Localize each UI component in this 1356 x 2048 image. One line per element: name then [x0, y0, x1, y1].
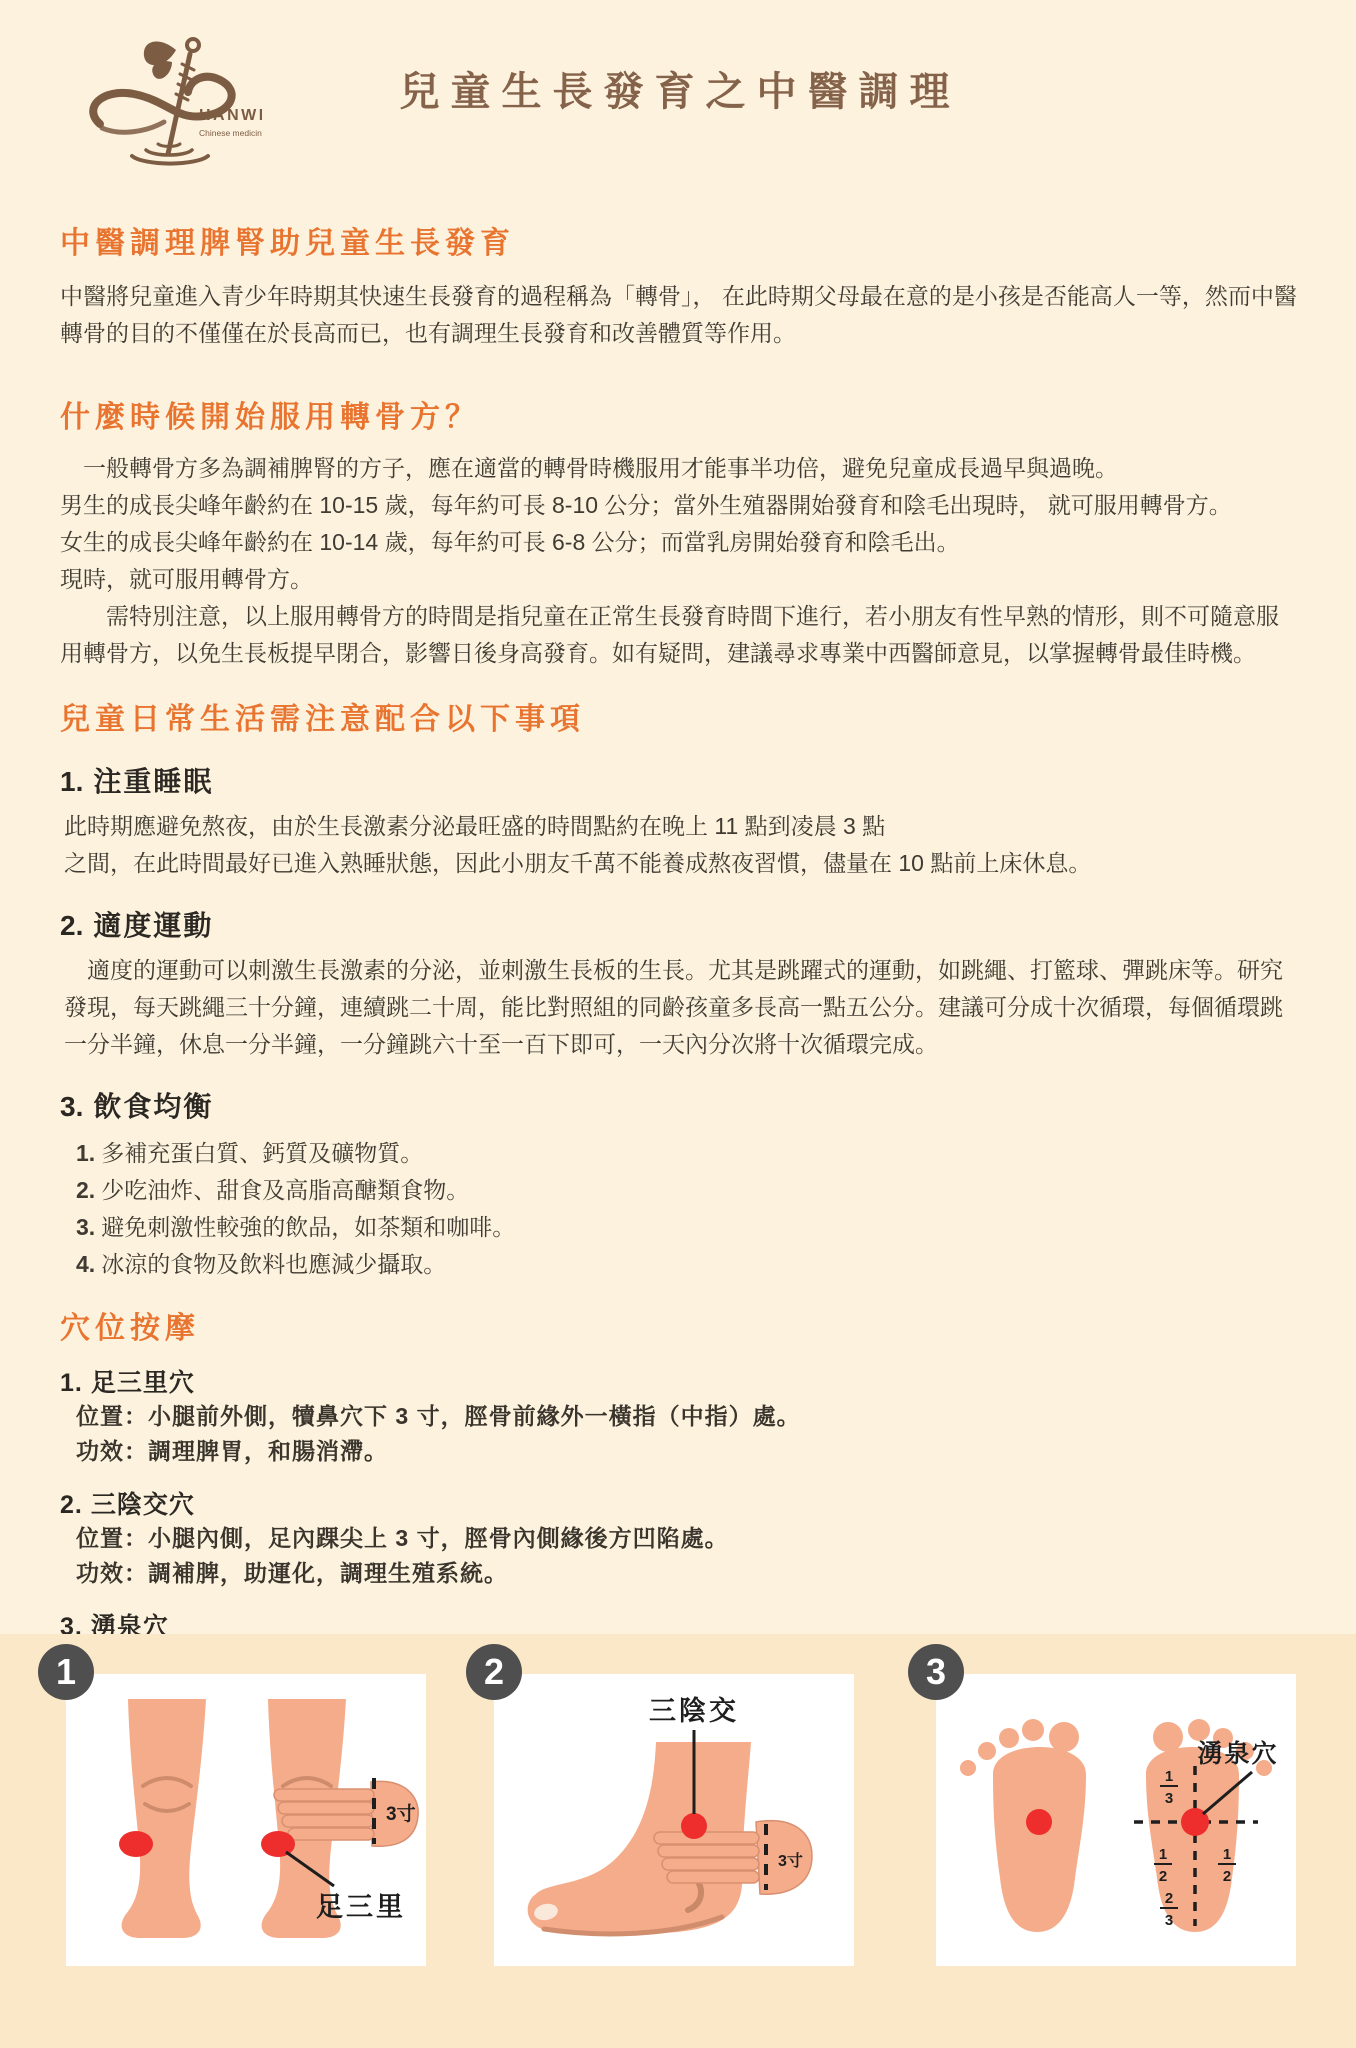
zusanli-point-marker-left: [119, 1831, 153, 1857]
acupoint-sanyinjiao-effect: 功效：調補脾，助運化，調理生殖系統。: [60, 1556, 1300, 1591]
illustration-band: 1: [0, 1634, 1356, 2048]
page-title: 兒童生長發育之中醫調理: [60, 60, 1300, 117]
daily-item-exercise-body: 適度的運動可以刺激生長激素的分泌，並刺激生長板的生長。尤其是跳躍式的運動，如跳繩…: [60, 952, 1300, 1063]
measuring-hand-icon: 3寸: [654, 1821, 812, 1895]
section-when-to-take: 什麼時候開始服用轉骨方？ 一般轉骨方多為調補脾腎的方子，應在適當的轉骨時機服用才…: [60, 392, 1300, 672]
acupoint-sanyinjiao-name-line: 2.三陰交穴: [60, 1485, 1300, 1521]
diet-item-text: 冰涼的食物及飲料也應減少攝取。: [101, 1251, 446, 1277]
acupoint-name: 足三里穴: [91, 1369, 195, 1397]
poster-page: HANWELL Chinese medicine clinic 兒童生長發育之中…: [0, 0, 1356, 2048]
daily-item-sleep: 1.注重睡眠 此時期應避免熬夜，由於生長激素分泌最旺盛的時間點約在晚上 11 點…: [60, 760, 1300, 882]
daily-item-exercise-number: 2.: [60, 910, 83, 941]
measure-label: 3寸: [778, 1852, 803, 1870]
acupoint-number: 2.: [60, 1491, 83, 1519]
zusanli-point-label: 足三里: [316, 1892, 406, 1922]
acupoint-item-zusanli: 1.足三里穴 位置：小腿前外側，犢鼻穴下 3 寸，脛骨前緣外一橫指（中指）處。 …: [60, 1363, 1300, 1469]
when-heading: 什麼時候開始服用轉骨方？: [60, 392, 1300, 436]
diet-item-number: 2.: [76, 1177, 95, 1203]
when-paragraph-3: 女生的成長尖峰年齡約在 10-14 歲，每年約可長 6-8 公分；而當乳房開始發…: [60, 524, 1300, 561]
left-sole-shape: [960, 1719, 1086, 1932]
daily-item-sleep-body: 此時期應避免熬夜，由於生長激素分泌最旺盛的時間點約在晚上 11 點到凌晨 3 點…: [60, 808, 1300, 882]
svg-text:2: 2: [1223, 1868, 1231, 1885]
daily-heading: 兒童日常生活需注意配合以下事項: [60, 694, 1300, 738]
acupoints-heading: 穴位按摩: [60, 1303, 1300, 1347]
when-paragraphs: 一般轉骨方多為調補脾腎的方子，應在適當的轉骨時機服用才能事半功倍，避免兒童成長過…: [60, 450, 1300, 672]
svg-text:3: 3: [1165, 1912, 1173, 1929]
figure-card-sanyinjiao: 2 3寸 三陰交: [494, 1674, 854, 1966]
figure-card-yongquan: 3: [936, 1674, 1296, 1966]
zusanli-legs-illustration: 3寸 足三里: [66, 1674, 426, 1966]
daily-item-sleep-title-text: 注重睡眠: [93, 766, 213, 797]
sanyinjiao-foot-illustration: 3寸 三陰交: [494, 1674, 854, 1966]
daily-item-exercise: 2.適度運動 適度的運動可以刺激生長激素的分泌，並刺激生長板的生長。尤其是跳躍式…: [60, 904, 1300, 1063]
logo-tagline-text: Chinese medicine clinic: [199, 128, 262, 138]
measure-label: 3寸: [386, 1802, 416, 1825]
daily-item-sleep-number: 1.: [60, 766, 83, 797]
header: HANWELL Chinese medicine clinic 兒童生長發育之中…: [60, 26, 1300, 168]
when-paragraph-1: 一般轉骨方多為調補脾腎的方子，應在適當的轉骨時機服用才能事半功倍，避免兒童成長過…: [60, 450, 1300, 487]
when-paragraph-2: 男生的成長尖峰年齡約在 10-15 歲，每年約可長 8-10 公分；當外生殖器開…: [60, 487, 1300, 524]
svg-text:3: 3: [1165, 1790, 1173, 1807]
acupoint-zusanli-location: 位置：小腿前外側，犢鼻穴下 3 寸，脛骨前緣外一橫指（中指）處。: [60, 1399, 1300, 1434]
acupoint-zusanli-name-line: 1.足三里穴: [60, 1363, 1300, 1399]
diet-item-number: 3.: [76, 1214, 95, 1240]
acupoint-sanyinjiao-location: 位置：小腿內側，足內踝尖上 3 寸，脛骨內側緣後方凹陷處。: [60, 1521, 1300, 1556]
intro-body: 中醫將兒童進入青少年時期其快速生長發育的過程稱為「轉骨」， 在此時期父母最在意的…: [60, 278, 1300, 352]
diet-item-text: 多補充蛋白質、鈣質及礦物質。: [101, 1140, 423, 1166]
svg-text:1: 1: [1159, 1846, 1167, 1863]
diet-item-number: 1.: [76, 1140, 95, 1166]
diet-list-item: 2.少吃油炸、甜食及高脂高醣類食物。: [76, 1172, 1300, 1209]
daily-item-diet: 3.飲食均衡 1.多補充蛋白質、鈣質及礦物質。 2.少吃油炸、甜食及高脂高醣類食…: [60, 1085, 1300, 1283]
daily-item-diet-title: 3.飲食均衡: [60, 1085, 1300, 1125]
svg-text:2: 2: [1165, 1890, 1173, 1907]
svg-text:1: 1: [1223, 1846, 1231, 1863]
yongquan-soles-illustration: 1 3 1 2 1 2 2: [936, 1674, 1296, 1966]
diet-list-item: 1.多補充蛋白質、鈣質及礦物質。: [76, 1135, 1300, 1172]
svg-text:1: 1: [1165, 1768, 1173, 1785]
diet-item-number: 4.: [76, 1251, 95, 1277]
diet-list-item: 4.冰涼的食物及飲料也應減少攝取。: [76, 1246, 1300, 1283]
section-daily-life: 兒童日常生活需注意配合以下事項 1.注重睡眠 此時期應避免熬夜，由於生長激素分泌…: [60, 694, 1300, 1283]
acupoint-name: 三陰交穴: [91, 1491, 195, 1519]
yongquan-point-label: 湧泉穴: [1197, 1739, 1278, 1768]
sanyinjiao-point-label: 三陰交: [649, 1696, 739, 1726]
diet-list: 1.多補充蛋白質、鈣質及礦物質。 2.少吃油炸、甜食及高脂高醣類食物。 3.避免…: [60, 1135, 1300, 1283]
acupoint-zusanli-effect: 功效：調理脾胃，和腸消滯。: [60, 1434, 1300, 1469]
daily-item-diet-number: 3.: [60, 1091, 83, 1122]
acupoint-item-sanyinjiao: 2.三陰交穴 位置：小腿內側，足內踝尖上 3 寸，脛骨內側緣後方凹陷處。 功效：…: [60, 1485, 1300, 1591]
acupoint-number: 1.: [60, 1369, 83, 1397]
daily-item-sleep-title: 1.注重睡眠: [60, 760, 1300, 800]
svg-text:2: 2: [1159, 1868, 1167, 1885]
yongquan-point-marker-left: [1026, 1809, 1052, 1835]
diet-item-text: 少吃油炸、甜食及高脂高醣類食物。: [101, 1177, 469, 1203]
daily-item-exercise-title: 2.適度運動: [60, 904, 1300, 944]
poster-content: HANWELL Chinese medicine clinic 兒童生長發育之中…: [0, 0, 1356, 1713]
intro-heading: 中醫調理脾腎助兒童生長發育: [60, 218, 1300, 262]
when-paragraph-5: 需特別注意，以上服用轉骨方的時間是指兒童在正常生長發育時間下進行，若小朋友有性早…: [60, 598, 1300, 672]
diet-item-text: 避免刺激性較強的飲品，如茶類和咖啡。: [101, 1214, 515, 1240]
left-leg-shape: [119, 1699, 206, 1938]
when-paragraph-4: 現時，就可服用轉骨方。: [60, 561, 1300, 598]
daily-item-exercise-title-text: 適度運動: [93, 910, 213, 941]
sanyinjiao-point-marker: [681, 1813, 707, 1839]
section-intro: 中醫調理脾腎助兒童生長發育 中醫將兒童進入青少年時期其快速生長發育的過程稱為「轉…: [60, 218, 1300, 352]
daily-item-diet-title-text: 飲食均衡: [93, 1091, 213, 1122]
figure-card-zusanli: 1: [66, 1674, 426, 1966]
diet-list-item: 3.避免刺激性較強的飲品，如茶類和咖啡。: [76, 1209, 1300, 1246]
